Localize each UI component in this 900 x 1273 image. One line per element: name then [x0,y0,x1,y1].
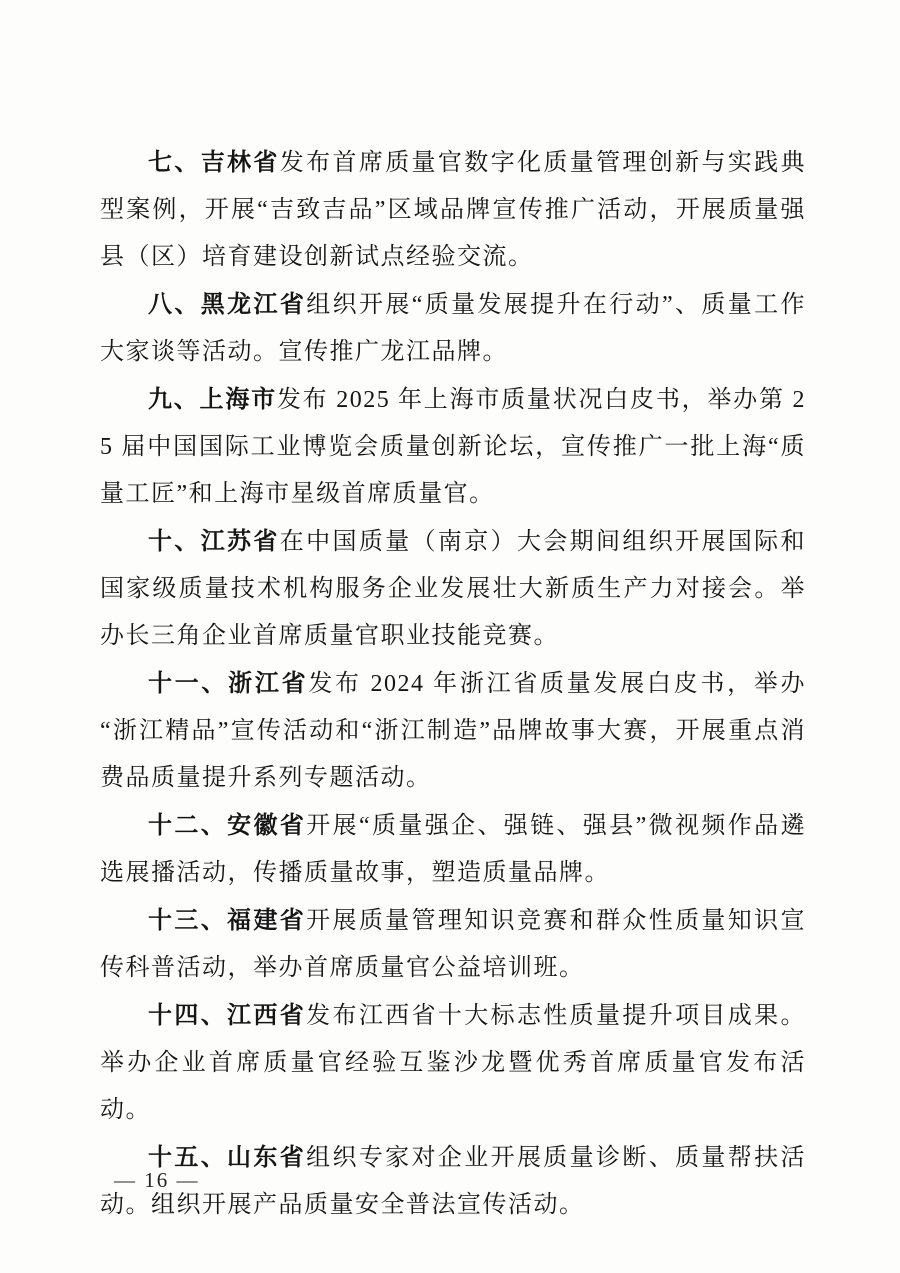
paragraph-fujian: 十三、福建省开展质量管理知识竞赛和群众性质量知识宣传科普活动，举办首席质量官公益… [100,897,806,992]
document-page: 七、吉林省发布首席质量官数字化质量管理创新与实践典型案例，开展“吉致吉品”区域品… [0,0,900,1273]
paragraph-jiangsu: 十、江苏省在中国质量（南京）大会期间组织开展国际和国家级质量技术机构服务企业发展… [100,518,806,660]
paragraph-lead: 十、江苏省 [148,528,280,555]
paragraph-lead: 十三、福建省 [148,907,306,934]
paragraph-lead: 十一、浙江省 [148,670,308,697]
paragraph-heilongjiang: 八、黑龙江省组织开展“质量发展提升在行动”、质量工作大家谈等活动。宣传推广龙江品… [100,281,806,376]
paragraph-jilin: 七、吉林省发布首席质量官数字化质量管理创新与实践典型案例，开展“吉致吉品”区域品… [100,139,806,281]
page-number: — 16 — [114,1168,200,1193]
paragraph-lead: 十五、山东省 [148,1144,306,1171]
paragraph-zhejiang: 十一、浙江省发布 2024 年浙江省质量发展白皮书，举办“浙江精品”宣传活动和“… [100,660,806,802]
paragraph-lead: 十四、江西省 [148,1002,306,1029]
paragraph-shandong: 十五、山东省组织专家对企业开展质量诊断、质量帮扶活动。组织开展产品质量安全普法宣… [100,1134,806,1229]
paragraph-lead: 九、上海市 [148,386,277,413]
document-body: 七、吉林省发布首席质量官数字化质量管理创新与实践典型案例，开展“吉致吉品”区域品… [100,139,806,1229]
paragraph-shanghai: 九、上海市发布 2025 年上海市质量状况白皮书，举办第 25 届中国国际工业博… [100,376,806,518]
paragraph-lead: 七、吉林省 [148,149,280,176]
paragraph-jiangxi: 十四、江西省发布江西省十大标志性质量提升项目成果。举办企业首席质量官经验互鉴沙龙… [100,992,806,1134]
paragraph-anhui: 十二、安徽省开展“质量强企、强链、强县”微视频作品遴选展播活动，传播质量故事，塑… [100,802,806,897]
paragraph-lead: 十二、安徽省 [148,812,306,839]
paragraph-lead: 八、黑龙江省 [148,291,306,318]
